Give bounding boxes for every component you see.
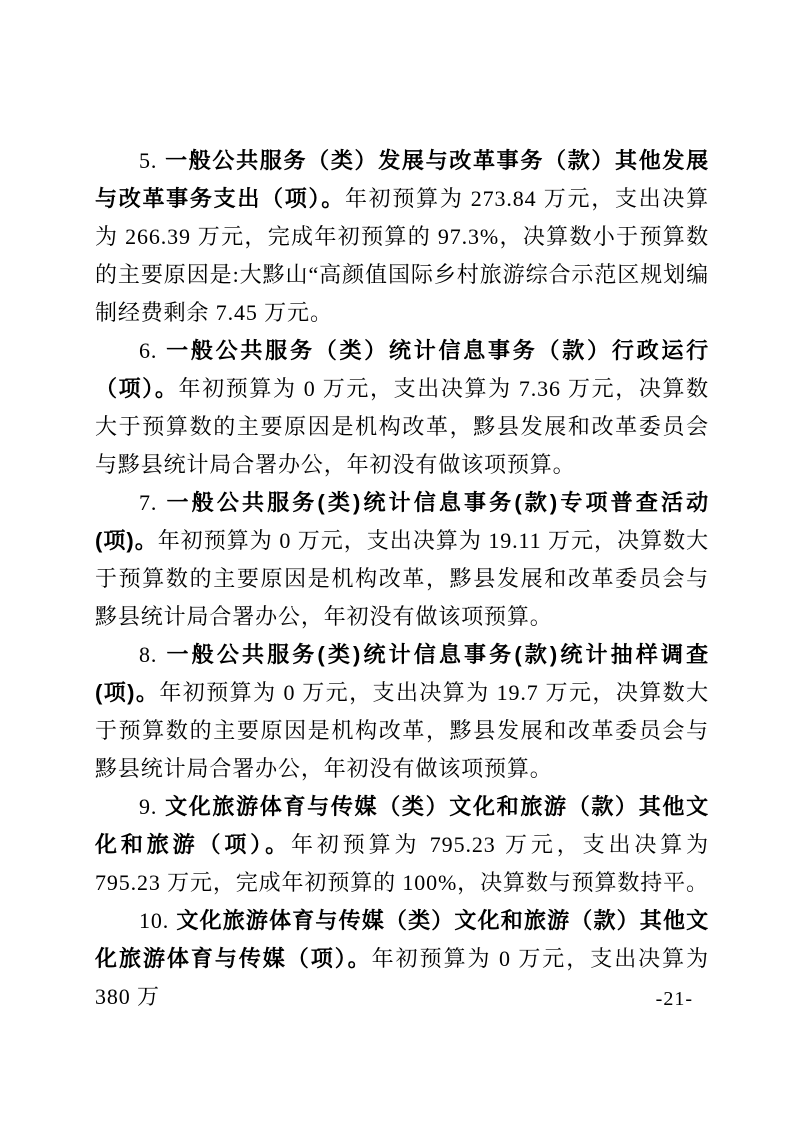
item-number: 6. <box>139 338 157 363</box>
item-body: 年初预算为 0 万元，支出决算为 19.7 万元，决算数大于预算数的主要原因是机… <box>95 680 709 781</box>
paragraph-item-6: 6.一般公共服务（类）统计信息事务（款）行政运行（项）。年初预算为 0 万元，支… <box>95 332 709 484</box>
page-content: 5.一般公共服务（类）发展与改革事务（款）其他发展与改革事务支出（项）。年初预算… <box>95 142 709 1016</box>
item-number: 10. <box>139 908 169 933</box>
item-number: 5. <box>139 148 157 173</box>
item-body: 年初预算为 0 万元，支出决算为 7.36 万元，决算数大于预算数的主要原因是机… <box>95 376 709 477</box>
paragraph-item-5: 5.一般公共服务（类）发展与改革事务（款）其他发展与改革事务支出（项）。年初预算… <box>95 142 709 332</box>
document-page: 5.一般公共服务（类）发展与改革事务（款）其他发展与改革事务支出（项）。年初预算… <box>0 0 793 1122</box>
item-number: 7. <box>139 490 157 515</box>
item-number: 8. <box>139 642 157 667</box>
page-number: -21- <box>95 988 709 1011</box>
paragraph-item-9: 9.文化旅游体育与传媒（类）文化和旅游（款）其他文化和旅游（项）。年初预算为 7… <box>95 788 709 902</box>
paragraph-item-7: 7.一般公共服务(类)统计信息事务(款)专项普查活动(项)。年初预算为 0 万元… <box>95 484 709 636</box>
item-number: 9. <box>139 794 157 819</box>
item-body: 年初预算为 0 万元，支出决算为 19.11 万元，决算数大于预算数的主要原因是… <box>95 528 709 629</box>
paragraph-item-8: 8.一般公共服务(类)统计信息事务(款)统计抽样调查(项)。年初预算为 0 万元… <box>95 636 709 788</box>
